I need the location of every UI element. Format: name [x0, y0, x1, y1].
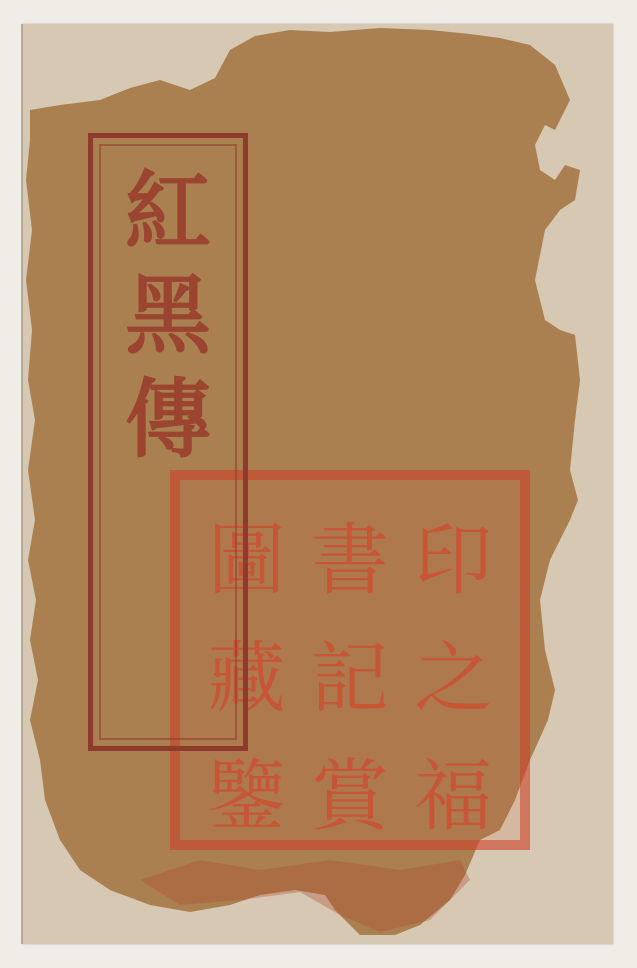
seal-glyph: 福 — [405, 734, 502, 846]
seal-glyph: 之 — [405, 616, 502, 728]
seal-glyph: 印 — [405, 498, 502, 610]
title-character: 紅 — [125, 160, 211, 264]
title-label-frame: 紅 黑 傳 — [88, 133, 248, 751]
book-title: 紅 黑 傳 — [93, 160, 243, 472]
seal-glyph: 賞 — [301, 734, 398, 846]
title-character: 傳 — [125, 368, 211, 472]
seal-glyph: 記 — [301, 616, 398, 728]
seal-glyph: 書 — [301, 498, 398, 610]
title-character: 黑 — [125, 264, 211, 368]
